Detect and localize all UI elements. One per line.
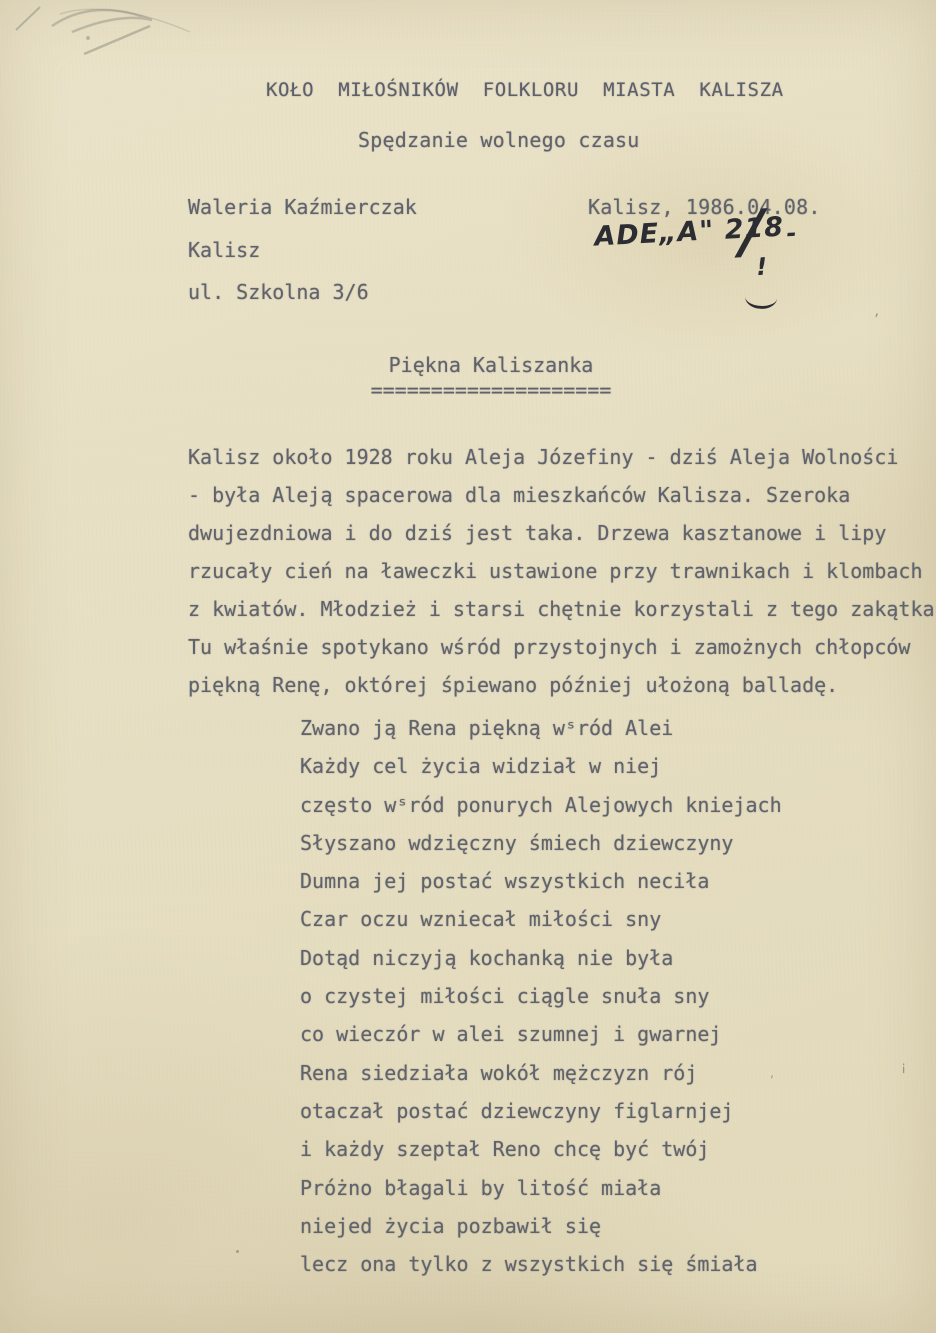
poem-line: niejed życia pozbawił się [300,1207,782,1245]
organization-header: KOŁO MIŁOŚNIKÓW FOLKLORU MIASTA KALISZA [266,80,784,101]
poem-line: o czystej miłości ciągle snuła sny [300,977,782,1015]
poem-line: Próżno błagali by litość miała [300,1169,782,1207]
poem-line: otaczał postać dziewczyny figlarnjej [300,1092,782,1130]
paragraph-line: - była Aleją spacerowa dla mieszkańców K… [188,476,936,514]
title-underline: ==================== [368,378,614,402]
sender-street: ul. Szkolna 3/6 [188,271,417,314]
poem-line: Dotąd niczyją kochanką nie była [300,939,782,977]
handwritten-dash-mark: - [786,219,797,247]
poem-line: lecz ona tylko z wszystkich się śmiała [300,1245,782,1283]
poem-line: Każdy cel życia widział w niej [300,747,782,785]
document-title: Piękna Kaliszanka [368,353,614,377]
poem-line: Czar oczu wzniecał miłości sny [300,900,782,938]
paper-speck: ’ [874,310,879,329]
document-subheader: Spędzanie wolnego czasu [358,129,640,151]
poem-line: często wˢród ponurych Alejowych kniejach [300,786,782,824]
paragraph-line: rzucały cień na ławeczki ustawione przy … [188,552,936,590]
handwritten-flourish [745,292,778,310]
poem-line: Słyszano wdzięczny śmiech dziewczyny [300,824,782,862]
handwritten-sub-mark: ! [755,253,767,282]
prose-paragraph: Kalisz około 1928 roku Aleja Józefiny - … [188,438,936,704]
handwritten-archive-note: ADE„A" 218 / - ! [593,205,808,326]
paragraph-line: Tu właśnie spotykano wśród przystojnych … [188,628,936,666]
paper-speck [236,1250,239,1253]
sender-city: Kalisz [188,229,417,272]
poem-line: co wieczór w alei szumnej i gwarnej [300,1015,782,1053]
ballad-poem: Zwano ją Rena piękną wˢród Alei Każdy ce… [300,709,782,1283]
pencil-smudge [0,0,220,80]
paragraph-line: dwujezdniowa i do dziś jest taka. Drzewa… [188,514,936,552]
document-title-block: Piękna Kaliszanka ==================== [368,353,614,402]
sender-name: Waleria Kaźmierczak [188,186,417,229]
poem-line: i każdy szeptał Reno chcę być twój [300,1130,782,1168]
scanned-document-page: KOŁO MIŁOŚNIKÓW FOLKLORU MIASTA KALISZA … [0,0,936,1333]
sender-address-block: Waleria Kaźmierczak Kalisz ul. Szkolna 3… [188,186,417,314]
paper-speck: ¡ [901,1060,906,1075]
poem-line: Zwano ją Rena piękną wˢród Alei [300,709,782,747]
poem-line: Dumna jej postać wszystkich neciła [300,862,782,900]
paragraph-line: piękną Renę, októrej śpiewano później uł… [188,666,936,704]
paragraph-line: z kwiatów. Młodzież i starsi chętnie kor… [188,590,936,628]
paragraph-line: Kalisz około 1928 roku Aleja Józefiny - … [188,438,936,476]
poem-line: Rena siedziała wokół mężczyzn rój [300,1054,782,1092]
paper-speck: ‚ [770,1066,774,1080]
